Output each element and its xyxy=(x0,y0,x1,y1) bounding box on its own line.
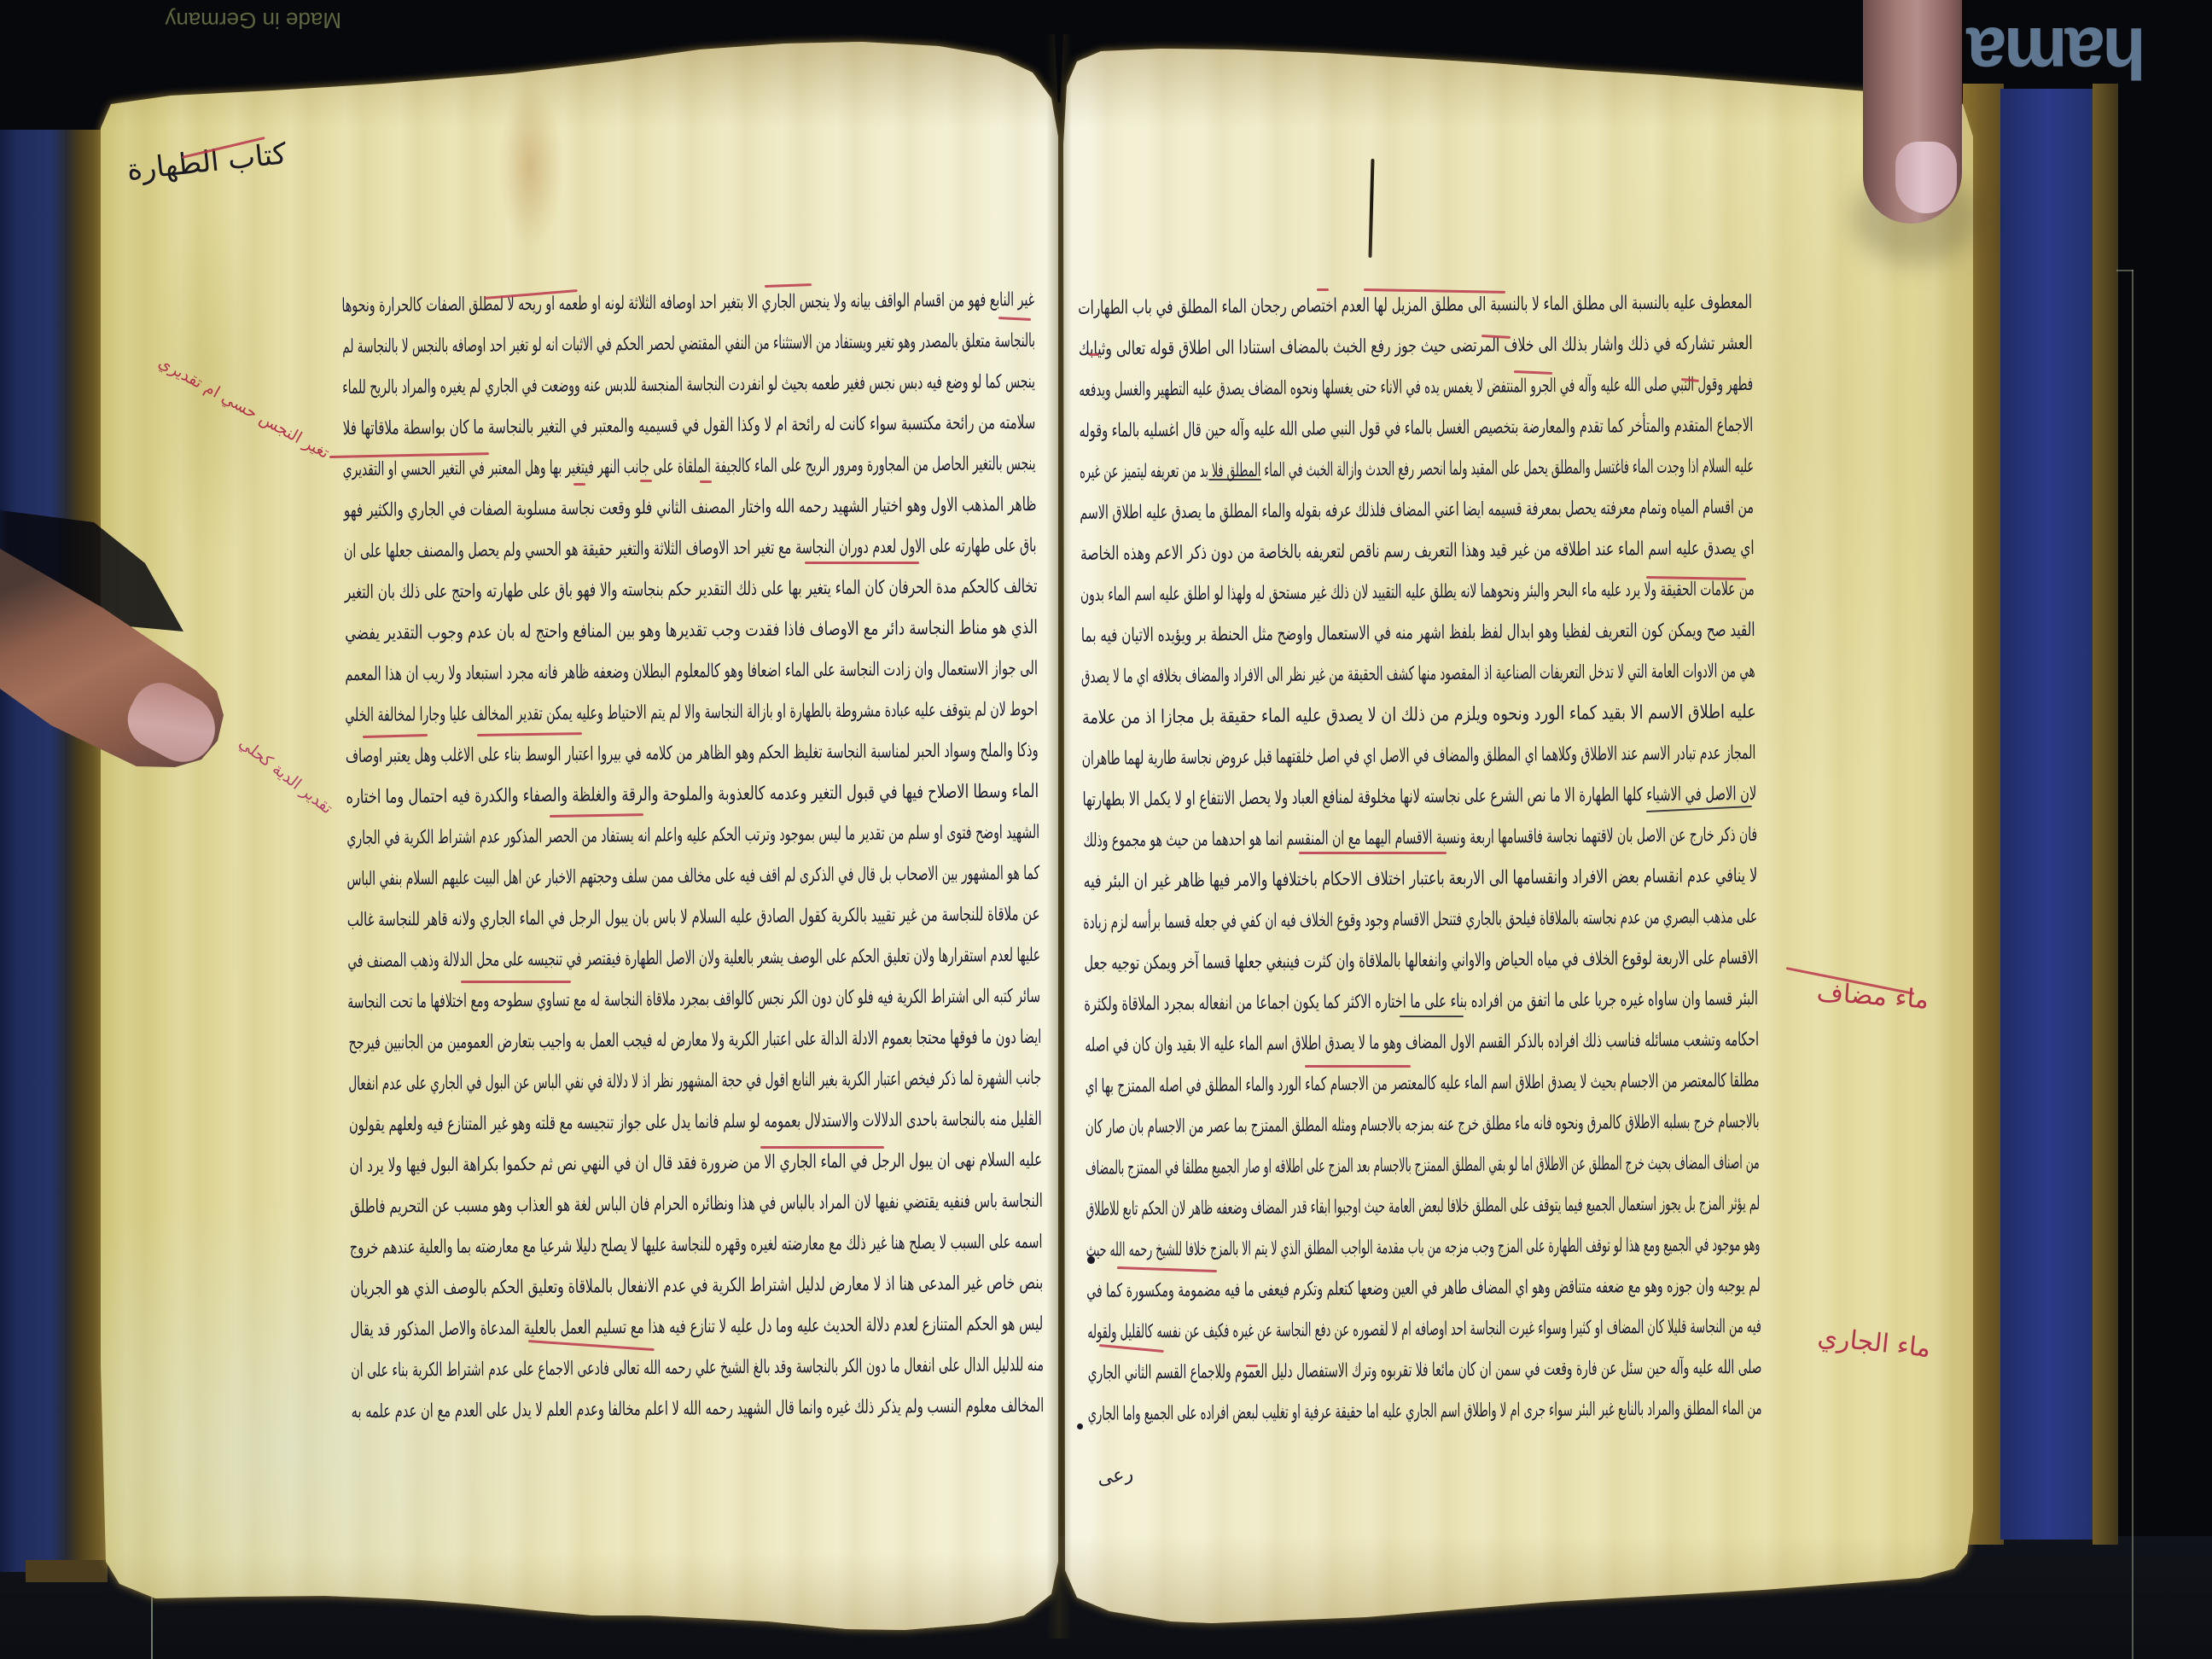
line-text: فيه من النجاسة قليلا كان المضاف او كثيرا… xyxy=(1087,1307,1761,1353)
rubric-overline xyxy=(1299,852,1447,854)
line-text: صلى الله عليه وآله حين سئل عن فارة وقعت … xyxy=(1087,1348,1761,1394)
text-line: من اصناف المضاف بحيث خرج المطلق عن الاطل… xyxy=(1086,1143,1760,1190)
text-line: البئر قسما وان ساواه غيره جريا على ما ات… xyxy=(1084,979,1758,1026)
line-text: المجاز عدم تبادر الاسم عند الاطلاق وكلاه… xyxy=(1082,733,1756,780)
line-text: مطلقا كالمعتصر من الاجسام بحيث لا يصدق ا… xyxy=(1085,1061,1759,1108)
text-line: صلى الله عليه وآله حين سئل عن فارة وقعت … xyxy=(1087,1348,1761,1394)
ink-dot xyxy=(1077,1423,1083,1429)
line-text: وهو موجود في الجميع ومع هذا لو توقف الطه… xyxy=(1086,1225,1761,1272)
text-line: الاجماع المتقدم والمتأخر كما تقدم والمعا… xyxy=(1079,405,1753,452)
rubric-overline xyxy=(461,981,571,983)
line-text: لان الاصل في الاشياء كلها الطهارة الا ما… xyxy=(1082,774,1756,821)
line-text: القيد صح ويمكن كون التعريف لفظيا وهو ابد… xyxy=(1081,610,1755,657)
line-text: لا ينافي عدم انقسام بعض الافراد وانقسامه… xyxy=(1083,856,1757,903)
line-text: فان ذكر خارج عن الاصل بان لاقتهما نجاسة … xyxy=(1083,815,1757,862)
text-line: الاقسام على الاربعة لوقوع الخلاف في مياه… xyxy=(1084,938,1758,985)
text-line: لم يوجبه وان جوزه وهو مع ضعفه متناقض وهو… xyxy=(1086,1266,1761,1313)
text-line: فان ذكر خارج عن الاصل بان لاقتهما نجاسة … xyxy=(1082,815,1756,862)
rubric-overline xyxy=(1246,1365,1258,1367)
line-text: العشر تشاركه في ذلك واشار بذلك الى خلاف … xyxy=(1079,323,1753,370)
line-text: هي من الادوات العامة التي لا تدخل التعري… xyxy=(1081,651,1755,698)
text-line: فيه من النجاسة قليلا كان المضاف او كثيرا… xyxy=(1087,1307,1761,1353)
line-text: احكامه وتشعب مسائله فناسب ذلك افراده بال… xyxy=(1085,1020,1759,1067)
line-text: من الماء المطلق والمراد بالنابع غير البئ… xyxy=(1088,1388,1762,1435)
text-line: اي يصدق عليه اسم الماء عند اطلاقه من غير… xyxy=(1080,528,1755,575)
text-line: من الماء المطلق والمراد بالنابع غير البئ… xyxy=(1087,1388,1761,1435)
text-line: وهو موجود في الجميع ومع هذا لو توقف الطه… xyxy=(1086,1225,1761,1272)
text-line: القيد صح ويمكن كون التعريف لفظيا وهو ابد… xyxy=(1080,610,1755,657)
line-text: البئر قسما وان ساواه غيره جريا على ما ات… xyxy=(1084,979,1758,1026)
text-line: من اقسام المياه وتمام معرفته يحصل بمعرفة… xyxy=(1080,487,1754,534)
thumbnail xyxy=(1895,142,1957,213)
text-line: مطلقا كالمعتصر من الاجسام بحيث لا يصدق ا… xyxy=(1085,1061,1759,1108)
text-line: على مذهب البصري من عدم نجاسته بالملاقاة … xyxy=(1083,897,1757,944)
line-text: بالاجسام خرج بسلبه الاطلاق كالمرق ونحوه … xyxy=(1086,1102,1760,1149)
text-line: بالاجسام خرج بسلبه الاطلاق كالمرق ونحوه … xyxy=(1085,1102,1759,1149)
rubric-overline xyxy=(1317,288,1329,291)
text-line: العشر تشاركه في ذلك واشار بذلك الى خلاف … xyxy=(1078,323,1752,370)
right-page-text-block: المعطوف عليه بالنسبة الى مطلق الماء لا ب… xyxy=(1078,282,1762,1435)
text-line: لا ينافي عدم انقسام بعض الافراد وانقسامه… xyxy=(1083,856,1757,903)
line-text: من اصناف المضاف بحيث خرج المطلق عن الاطل… xyxy=(1086,1143,1760,1190)
line-text: على مذهب البصري من عدم نجاسته بالملاقاة … xyxy=(1084,897,1758,944)
text-line: المجاز عدم تبادر الاسم عند الاطلاق وكلاه… xyxy=(1082,733,1756,780)
text-line: هي من الادوات العامة التي لا تدخل التعري… xyxy=(1081,651,1755,698)
line-text: فطهر وقول النبي صلى الله عليه وآله في ال… xyxy=(1079,364,1753,411)
line-text: لم يؤثر المزج بل يجوز استعمال الجميع فيم… xyxy=(1086,1184,1760,1231)
rubric-overline xyxy=(1089,353,1099,356)
line-text: عليه اطلاق الاسم الا بقيد كماء الورد ونح… xyxy=(1082,692,1756,739)
line-text: اي يصدق عليه اسم الماء عند اطلاقه من غير… xyxy=(1080,528,1755,575)
ink-dot xyxy=(1087,1256,1095,1264)
line-text: الاقسام على الاربعة لوقوع الخلاف في مياه… xyxy=(1084,938,1758,985)
manuscript-photo: Made in Germany hama كتاب الطهارة غير ال… xyxy=(0,0,2212,1659)
line-text: لم يوجبه وان جوزه وهو مع ضعفه متناقض وهو… xyxy=(1086,1266,1761,1313)
line-text: الاجماع المتقدم والمتأخر كما تقدم والمعا… xyxy=(1080,405,1754,452)
text-line: لم يؤثر المزج بل يجوز استعمال الجميع فيم… xyxy=(1086,1184,1760,1231)
text-line: فطهر وقول النبي صلى الله عليه وآله في ال… xyxy=(1079,364,1753,411)
line-text: من اقسام المياه وتمام معرفته يحصل بمعرفة… xyxy=(1080,487,1754,534)
ink-overline xyxy=(1400,1016,1464,1017)
line-text: عليه السلام اذا وجدت الماء فاغتسل والمطل… xyxy=(1080,446,1754,493)
text-line: احكامه وتشعب مسائله فناسب ذلك افراده بال… xyxy=(1085,1020,1759,1067)
text-line: لان الاصل في الاشياء كلها الطهارة الا ما… xyxy=(1082,774,1756,821)
text-line: عليه السلام اذا وجدت الماء فاغتسل والمطل… xyxy=(1080,446,1754,493)
rubric-overline xyxy=(1305,1065,1411,1068)
ink-overline xyxy=(1208,479,1261,480)
text-line: عليه اطلاق الاسم الا بقيد كماء الورد ونح… xyxy=(1081,692,1755,739)
